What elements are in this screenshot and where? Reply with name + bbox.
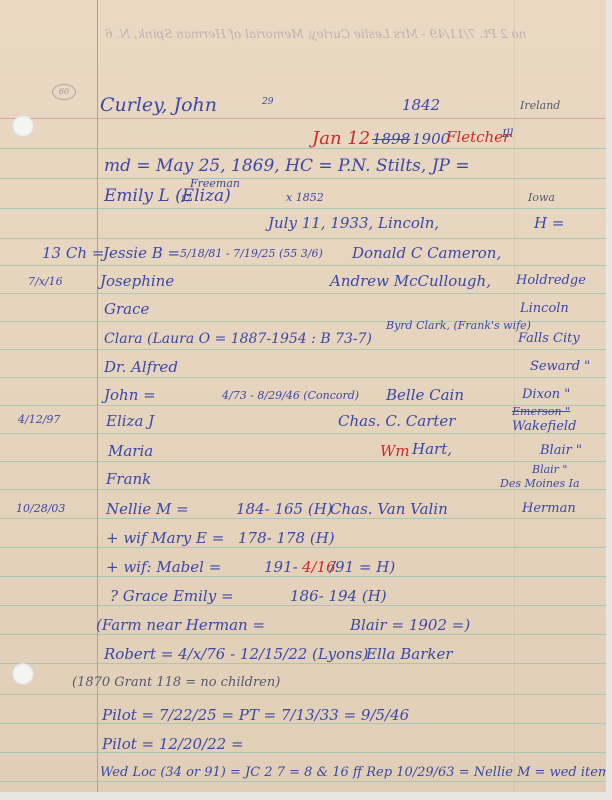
child-place-struck: Emerson "	[512, 406, 570, 417]
child-place: Blair "	[540, 444, 582, 457]
death-place-red: Fletcher	[446, 130, 510, 145]
punch-hole	[12, 115, 34, 137]
ruled-line	[0, 605, 606, 606]
note-farm: (Farm near Herman =	[96, 618, 265, 633]
ruled-line	[0, 377, 606, 378]
child-name: John =	[104, 388, 156, 403]
child-place: Falls City	[518, 332, 580, 345]
child-margin-date: 4/12/97	[18, 414, 60, 425]
child-spouse: Andrew McCullough,	[330, 274, 491, 289]
child-name: Josephine	[100, 274, 174, 289]
death-year-struck: 1898	[372, 132, 410, 147]
child-margin-date: 7/x/16	[28, 276, 63, 287]
spouse-birth: x 1852	[286, 192, 324, 203]
child-dates-tail: /91 = H)	[330, 560, 395, 575]
death-year: 1900	[412, 132, 450, 147]
spouse-death: July 11, 1933, Lincoln,	[268, 216, 439, 231]
spouse-name: Emily L (Eliza)	[104, 188, 231, 205]
spouse-surname: Freeman	[190, 178, 240, 189]
spouse-death-note: H =	[534, 216, 564, 231]
punch-hole	[12, 663, 34, 685]
ruled-line	[0, 752, 606, 753]
child-place: Seward "	[530, 360, 590, 373]
child-name: Eliza J	[106, 414, 154, 429]
birth-year: 1842	[402, 98, 440, 113]
ruled-line	[0, 634, 606, 635]
person-name: Curley, John	[100, 96, 217, 115]
child-spouse: Chas. C. Carter	[338, 414, 455, 429]
ruled-paper-page: no 2 Pt. 7/11/49 - Mrs Leslie Curley, Me…	[0, 0, 606, 792]
ruled-line	[0, 178, 606, 179]
child-dates: 186- 194 (H)	[290, 589, 387, 604]
child-dates: 178- 178 (H)	[238, 531, 335, 546]
note-farm-tail: Blair = 1902 =)	[350, 618, 470, 633]
ruled-line	[0, 518, 606, 519]
spouse-origin: Iowa	[528, 192, 555, 203]
child-spouse: Byrd Clark, (Frank's wife)	[386, 320, 531, 331]
child-spouse: Chas. Van Valin	[330, 502, 448, 517]
child-dates: 191-	[264, 560, 298, 575]
child-place: Herman	[522, 502, 576, 515]
ruled-line	[0, 265, 606, 266]
note-grant: (1870 Grant 118 = no children)	[72, 676, 280, 689]
child-place: Lincoln	[520, 302, 569, 315]
ruled-line	[0, 293, 606, 294]
age-note: 29	[262, 98, 273, 107]
child-place: Des Moines Ia	[500, 478, 580, 489]
child-name: + wif: Mabel =	[106, 560, 221, 575]
child-name: Clara (Laura O = 1887-1954 : B 73-7)	[104, 332, 372, 346]
note-pilot-1: Pilot = 7/22/25 = PT = 7/13/33 = 9/5/46	[102, 708, 409, 723]
child-name: + wif Mary E =	[106, 531, 224, 546]
child-margin-date: 10/28/03	[16, 503, 65, 514]
child-name: Grace	[104, 302, 149, 317]
death-date-red: Jan 12	[312, 130, 370, 148]
child-name: Nellie M =	[106, 502, 189, 517]
child-spouse-red: Wm	[380, 444, 410, 459]
child-place: Wakefield	[512, 420, 576, 433]
ruled-line	[0, 576, 606, 577]
child-name: ? Grace Emily =	[110, 589, 234, 604]
ruled-line	[0, 208, 606, 209]
marriage-record: md = May 25, 1869, HC = P.N. Stilts, JP …	[104, 158, 470, 175]
child-dates: 5/18/81 - 7/19/25 (55 3/6)	[180, 248, 323, 259]
child-place: Dixon "	[522, 388, 570, 401]
child-name: Dr. Alfred	[104, 360, 178, 375]
note-robert: Robert = 4/x/76 - 12/15/22 (Lyons)	[104, 647, 368, 662]
child-name: Maria	[108, 444, 153, 459]
child-name: Jessie B =	[103, 246, 180, 261]
child-spouse: Hart,	[412, 442, 452, 457]
child-name: Frank	[106, 472, 151, 487]
margin-circle: 60	[52, 84, 76, 100]
note-wedding: Wed Loc (34 or 91) = JC 2 7 = 8 & 16 ff …	[100, 766, 606, 779]
child-spouse: Belle Cain	[386, 388, 464, 403]
origin: Ireland	[520, 100, 560, 111]
child-dates: 4/73 - 8/29/46 (Concord)	[222, 390, 359, 401]
ruled-line	[0, 349, 606, 350]
child-spouse: Donald C Cameron,	[352, 246, 501, 261]
death-place-suffix: Ill	[502, 128, 513, 139]
ruled-line	[0, 238, 606, 239]
ruled-line	[0, 694, 606, 695]
right-margin-line	[514, 0, 515, 792]
note-robert-tail: Ella Barker	[366, 647, 453, 662]
ruled-line	[0, 148, 606, 149]
ruled-line	[0, 781, 606, 782]
child-dates: 184- 165 (H)	[236, 502, 333, 517]
ruled-line	[0, 663, 606, 664]
margin-line	[97, 0, 98, 792]
ruled-line	[0, 547, 606, 548]
child-place: Holdredge	[516, 274, 586, 287]
bleed-through-text: no 2 Pt. 7/11/49 - Mrs Leslie Curley, Me…	[105, 27, 527, 41]
ruled-line	[0, 118, 606, 119]
children-count-label: 13 Ch =	[42, 246, 104, 261]
ruled-line	[0, 461, 606, 462]
note-pilot-2: Pilot = 12/20/22 =	[102, 737, 244, 752]
spouse-age-note: 17	[180, 196, 191, 205]
child-place-above: Blair "	[532, 464, 568, 475]
